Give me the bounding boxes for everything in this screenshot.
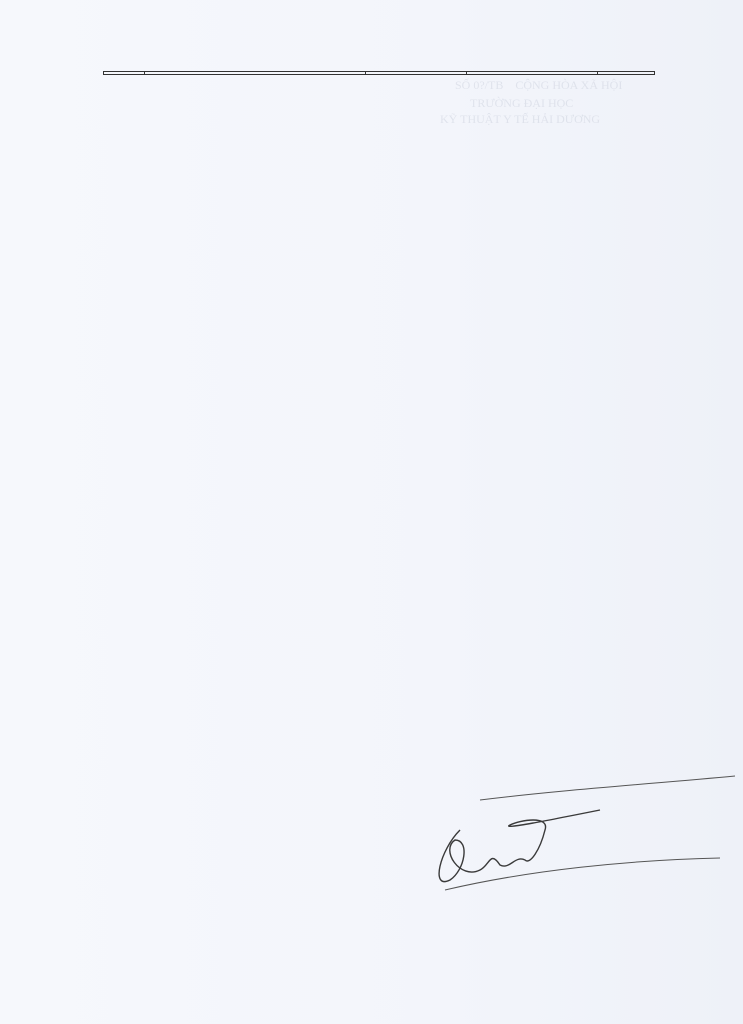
bleed-through-text: KỸ THUẬT Y TẾ HẢI DƯƠNG bbox=[440, 112, 600, 127]
signature-block bbox=[360, 770, 740, 950]
signature-icon bbox=[420, 770, 740, 920]
document-body bbox=[103, 70, 658, 81]
document-page: SỐ 0?/TB CỘNG HÒA XÃ HỘI TRƯỜNG ĐẠI HỌC … bbox=[0, 0, 743, 1024]
bleed-through-text: TRƯỜNG ĐẠI HỌC bbox=[470, 96, 573, 111]
